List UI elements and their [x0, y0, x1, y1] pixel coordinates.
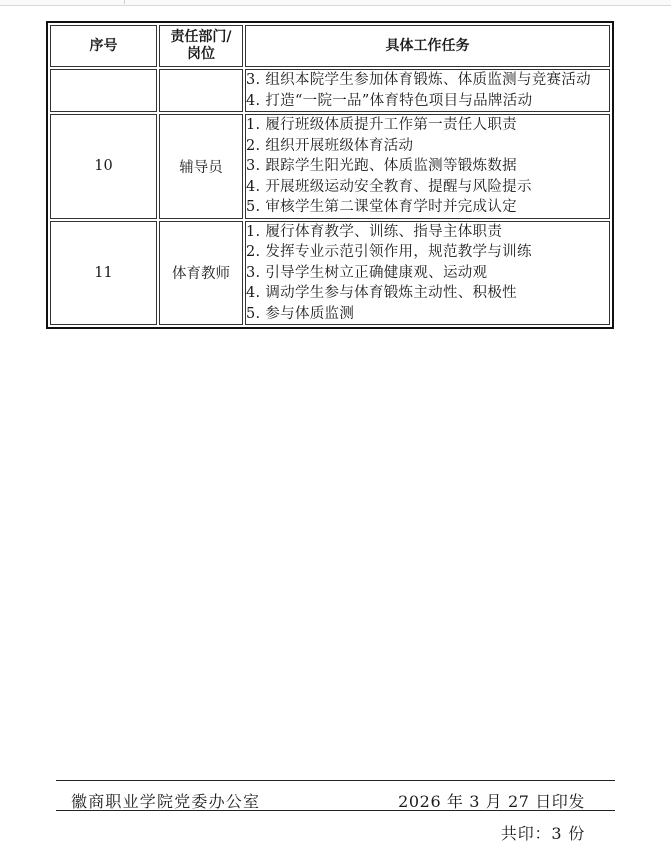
table-row: 3. 组织本院学生参加体育锻炼、体质监测与竞赛活动 4. 打造“一院一品”体育特…	[50, 69, 610, 112]
print-copies: 共印：3 份	[501, 821, 585, 844]
issuing-office: 徽商职业学院党委办公室	[71, 789, 260, 812]
task-item: 4. 开展班级运动安全教育、提醒与风险提示	[246, 177, 609, 198]
task-item: 2. 组织开展班级体育活动	[246, 136, 609, 157]
footer-divider-bottom	[56, 810, 615, 811]
table-row: 10 辅导员 1. 履行班级体质提升工作第一责任人职责 2. 组织开展班级体育活…	[50, 114, 610, 219]
cell-department	[159, 69, 243, 112]
cell-serial-number	[50, 69, 157, 112]
task-item: 5. 参与体质监测	[246, 304, 609, 325]
page-top-edge	[0, 0, 671, 6]
page-divider-tick	[124, 0, 125, 4]
task-item: 1. 履行班级体质提升工作第一责任人职责	[246, 115, 609, 136]
task-item: 3. 跟踪学生阳光跑、体质监测等锻炼数据	[246, 156, 609, 177]
cell-tasks: 3. 组织本院学生参加体育锻炼、体质监测与竞赛活动 4. 打造“一院一品”体育特…	[245, 69, 610, 112]
footer-divider-top	[56, 780, 615, 781]
table-header-row: 序号 责任部门/ 岗位 具体工作任务	[50, 25, 610, 67]
cell-serial-number: 11	[50, 221, 157, 326]
cell-department: 辅导员	[159, 114, 243, 219]
task-item: 1. 履行体育教学、训练、指导主体职责	[246, 222, 609, 243]
cell-department: 体育教师	[159, 221, 243, 326]
cell-tasks: 1. 履行班级体质提升工作第一责任人职责 2. 组织开展班级体育活动 3. 跟踪…	[245, 114, 610, 219]
header-tasks: 具体工作任务	[245, 25, 610, 67]
task-item: 4. 打造“一院一品”体育特色项目与品牌活动	[246, 91, 609, 112]
task-item: 5. 审核学生第二课堂体育学时并完成认定	[246, 197, 609, 218]
task-item: 2. 发挥专业示范引领作用，规范教学与训练	[246, 242, 609, 263]
header-department-line1: 责任部门/	[160, 29, 242, 46]
header-department-line2: 岗位	[160, 46, 242, 63]
table-row: 11 体育教师 1. 履行体育教学、训练、指导主体职责 2. 发挥专业示范引领作…	[50, 221, 610, 326]
cell-serial-number: 10	[50, 114, 157, 219]
issue-date: 2026 年 3 月 27 日印发	[398, 789, 585, 812]
task-item: 3. 组织本院学生参加体育锻炼、体质监测与竞赛活动	[246, 70, 609, 91]
task-item: 4. 调动学生参与体育锻炼主动性、积极性	[246, 283, 609, 304]
responsibility-table: 序号 责任部门/ 岗位 具体工作任务 3. 组织本院学生参加体育锻炼、体质监测与…	[46, 21, 614, 329]
header-serial-number: 序号	[50, 25, 157, 67]
header-department: 责任部门/ 岗位	[159, 25, 243, 67]
cell-tasks: 1. 履行体育教学、训练、指导主体职责 2. 发挥专业示范引领作用，规范教学与训…	[245, 221, 610, 326]
task-item: 3. 引导学生树立正确健康观、运动观	[246, 263, 609, 284]
